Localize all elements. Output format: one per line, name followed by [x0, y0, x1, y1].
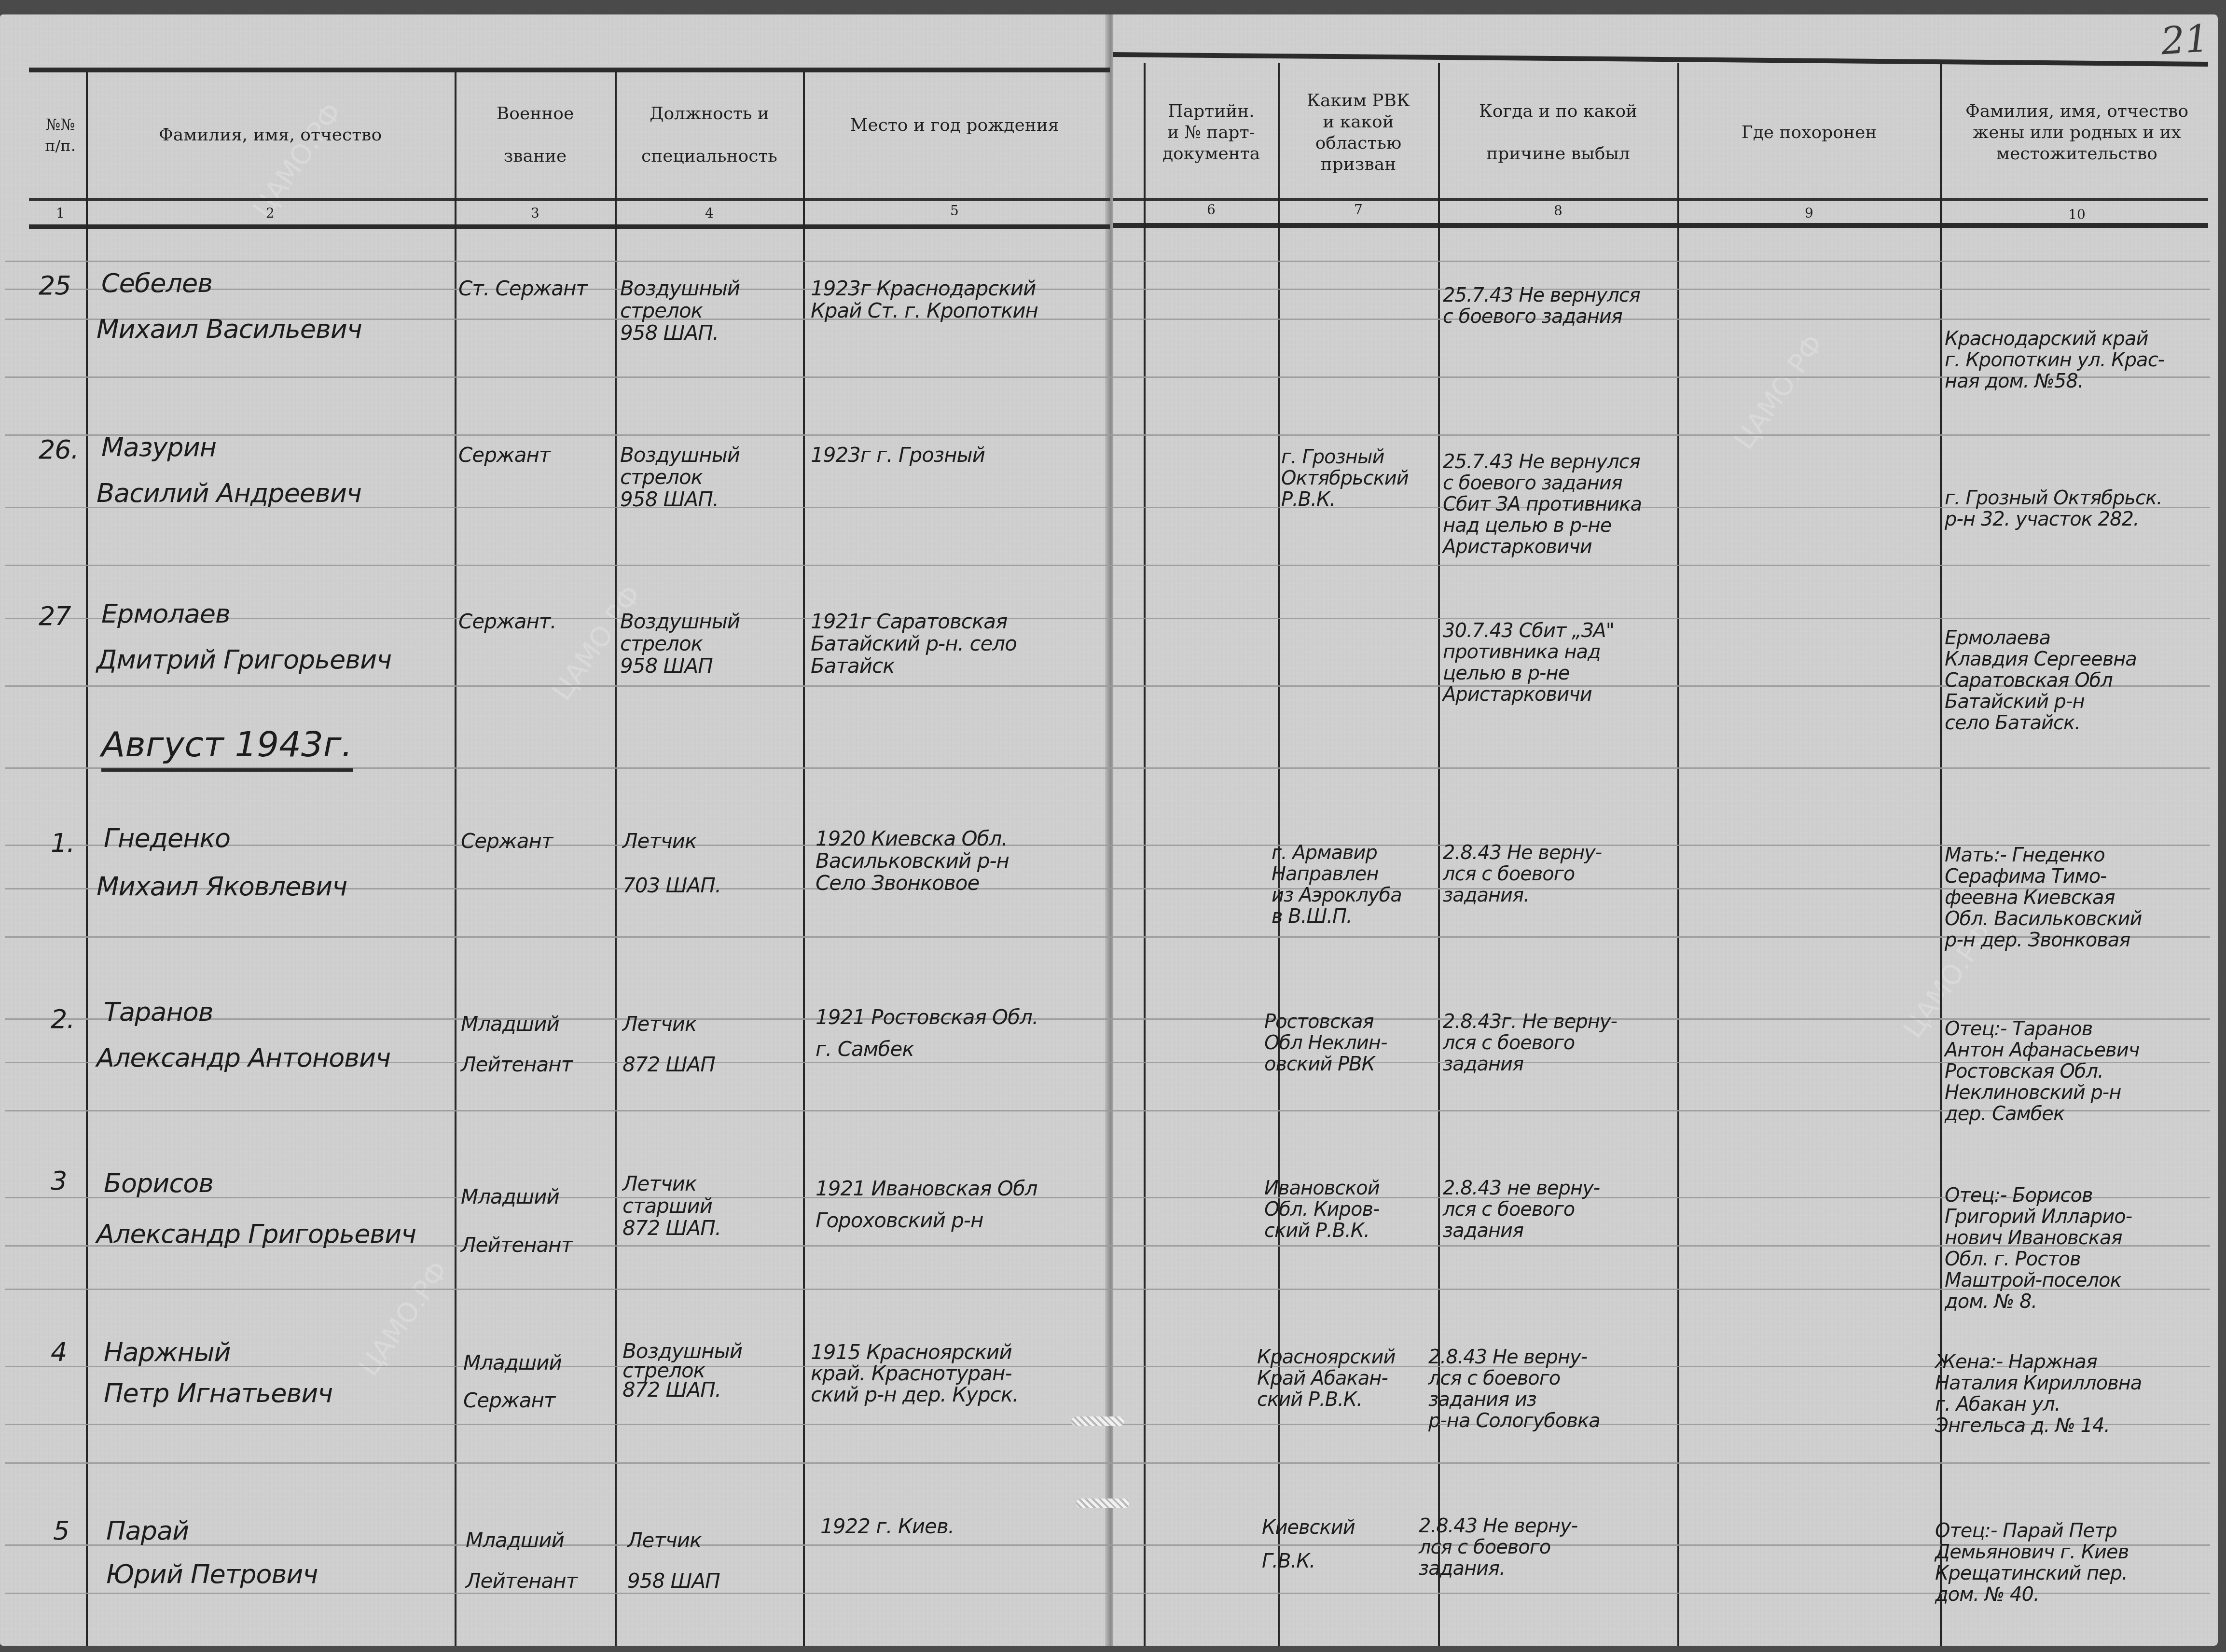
header-col-2: Фамилия, имя, отчество	[87, 77, 454, 193]
header-bottom-rule	[1113, 223, 2208, 228]
row-birth: 1921г Саратовская Батайский р-н. село Ба…	[811, 611, 1017, 677]
row-relatives: г. Грозный Октябрьск. р-н 32. участок 28…	[1945, 487, 2162, 530]
row-birth: 1922 г. Киев.	[820, 1515, 954, 1538]
row-given-names: Василий Андреевич	[97, 478, 361, 509]
column-divider	[803, 72, 805, 1646]
row-when-why: 2.8.43 Не верну- лся с боевого задания.	[1443, 842, 1602, 906]
row-rvk: г. Армавир Направлен из Аэроклуба в В.Ш.…	[1272, 842, 1402, 927]
row-number: 26.	[39, 434, 79, 465]
column-number: 6	[1146, 202, 1277, 218]
row-birth: 1923г г. Грозный	[811, 444, 985, 466]
column-number: 3	[456, 205, 614, 221]
row-relatives: Мать:- Гнеденко Серафима Тимо- феевна Ки…	[1945, 845, 2142, 951]
header-bottom-rule	[29, 224, 1110, 229]
column-divider	[1144, 63, 1146, 1646]
column-number: 1	[34, 205, 87, 221]
row-birth: 1923г Краснодарский Край Ст. г. Кропотки…	[811, 278, 1038, 322]
row-relatives: Отец:- Борисов Григорий Илларио- нович И…	[1945, 1185, 2132, 1312]
column-divider	[615, 72, 617, 1646]
row-given-names: Александр Григорьевич	[97, 1219, 416, 1249]
row-position: Летчик 958 ШАП	[627, 1520, 720, 1601]
row-number: 2.	[51, 1004, 75, 1035]
row-when-why: 25.7.43 Не вернулся с боевого задания Сб…	[1443, 451, 1642, 557]
row-surname: Мазурин	[101, 432, 216, 463]
header-col-6: Партийн. и № парт- документа	[1146, 72, 1277, 193]
header-col-5: Место и год рождения	[805, 77, 1104, 174]
header-col-9: Где похоронен	[1679, 72, 1939, 193]
row-position: Воздушный стрелок 872 ШАП.	[622, 1342, 742, 1400]
column-number: 5	[805, 203, 1104, 219]
row-relatives: Отец:- Парай Петр Демьянович г. Киев Кре…	[1935, 1520, 2129, 1605]
row-number: 1.	[51, 828, 75, 859]
row-number: 25	[39, 270, 71, 301]
header-col-4: Должность и специальность	[617, 77, 802, 193]
page-number: 21	[2159, 17, 2210, 64]
row-position: Воздушный стрелок 958 ШАП.	[620, 278, 740, 344]
row-number: 27	[39, 601, 71, 632]
header-sub-rule	[1113, 198, 2208, 201]
column-number: 4	[617, 205, 802, 221]
ledger-book: 21 ЦАМО.РФ ЦАМО.РФ ЦАМО.РФ ЦАМО.РФ ЦАМО.…	[0, 0, 2226, 1652]
row-given-names: Михаил Васильевич	[97, 314, 362, 345]
row-relatives: Отец:- Таранов Антон Афанасьевич Ростовс…	[1945, 1018, 2139, 1124]
month-heading: Август 1943г.	[101, 724, 353, 772]
binding-thread	[1076, 1499, 1129, 1508]
column-number: 10	[1942, 207, 2212, 222]
row-when-why: 30.7.43 Сбит „ЗА" противника над целью в…	[1443, 620, 1614, 705]
row-position: Воздушный стрелок 958 ШАП	[620, 611, 740, 677]
header-col-1: №№ п/п.	[34, 77, 87, 193]
row-relatives: Ермолаева Клавдия Сергеевна Саратовская …	[1945, 627, 2137, 734]
binding-thread	[1071, 1416, 1124, 1426]
row-given-names: Петр Игнатьевич	[104, 1378, 332, 1409]
row-number: 5	[53, 1515, 69, 1546]
row-birth: 1915 Красноярский край. Краснотуран- ски…	[811, 1342, 1018, 1405]
row-rank: Сержант	[458, 444, 550, 466]
row-relatives: Краснодарский край г. Кропоткин ул. Крас…	[1945, 328, 2164, 392]
column-number: 7	[1280, 202, 1437, 218]
header-col-7: Каким РВК и какой областью призван	[1280, 72, 1437, 193]
row-position: Летчик 872 ШАП	[622, 1004, 715, 1085]
header-col-10: Фамилия, имя, отчество жены или родных и…	[1942, 72, 2212, 193]
row-when-why: 2.8.43 Не верну- лся с боевого задания.	[1419, 1515, 1577, 1579]
row-surname: Таранов	[104, 997, 213, 1027]
row-when-why: 2.8.43г. Не верну- лся с боевого задания	[1443, 1011, 1617, 1075]
row-rank: Сержант	[461, 830, 553, 852]
row-when-why: 2.8.43 Не верну- лся с боевого задания и…	[1428, 1347, 1600, 1431]
row-surname: Гнеденко	[104, 823, 230, 854]
row-position: Воздушный стрелок 958 ШАП.	[620, 444, 740, 511]
row-position: Летчик 703 ШАП.	[622, 830, 721, 897]
row-surname: Ермолаев	[101, 598, 230, 629]
row-rank: Младший Лейтенант	[466, 1520, 577, 1601]
row-given-names: Александр Антонович	[97, 1042, 390, 1073]
header-col-8: Когда и по какой причине выбыл	[1440, 72, 1676, 193]
row-surname: Себелев	[101, 268, 212, 299]
row-number: 4	[51, 1337, 67, 1368]
column-number: 9	[1679, 205, 1939, 221]
row-given-names: Дмитрий Григорьевич	[97, 644, 391, 675]
column-divider	[455, 72, 456, 1646]
row-number: 3	[51, 1166, 67, 1196]
row-given-names: Юрий Петрович	[106, 1559, 318, 1590]
header-top-rule	[29, 68, 1110, 72]
row-rvk: Красноярский Край Абакан- ский Р.В.К.	[1257, 1347, 1396, 1410]
row-birth: 1920 Киевска Обл. Васильковский р-н Село…	[816, 828, 1009, 894]
row-rank: Младший Лейтенант	[461, 1004, 572, 1085]
row-rank: Младший Сержант	[463, 1344, 562, 1419]
row-surname: Наржный	[104, 1337, 231, 1368]
row-surname: Парай	[106, 1515, 189, 1546]
row-rvk: г. Грозный Октябрьский Р.В.К.	[1281, 446, 1409, 510]
column-number: 8	[1440, 203, 1676, 219]
header-col-3: Военное звание	[456, 77, 614, 193]
column-number: 2	[87, 205, 454, 221]
row-when-why: 25.7.43 Не вернулся с боевого задания	[1443, 285, 1640, 327]
row-birth: 1921 Ростовская Обл. г. Самбек	[816, 1001, 1038, 1065]
row-given-names: Михаил Яковлевич	[97, 871, 347, 902]
column-divider	[86, 72, 88, 1646]
row-relatives: Жена:- Наржная Наталия Кирилловна г. Аба…	[1935, 1351, 2142, 1436]
row-rank: Ст. Сержант	[458, 278, 587, 300]
row-rvk: Киевский Г.В.К.	[1262, 1511, 1355, 1578]
row-when-why: 2.8.43 не верну- лся с боевого задания	[1443, 1178, 1600, 1241]
row-rank: Младший Лейтенант	[461, 1173, 572, 1269]
row-birth: 1921 Ивановская Обл Гороховский р-н	[816, 1173, 1037, 1236]
header-sub-rule	[29, 198, 1110, 201]
row-position: Летчик старший 872 ШАП.	[622, 1173, 721, 1239]
column-divider	[1677, 63, 1679, 1646]
row-rank: Сержант.	[458, 611, 556, 633]
row-surname: Борисов	[104, 1168, 213, 1199]
row-rvk: Ростовская Обл Неклин- овский РВК	[1264, 1011, 1387, 1075]
row-rvk: Ивановской Обл. Киров- ский Р.В.К.	[1264, 1178, 1380, 1241]
